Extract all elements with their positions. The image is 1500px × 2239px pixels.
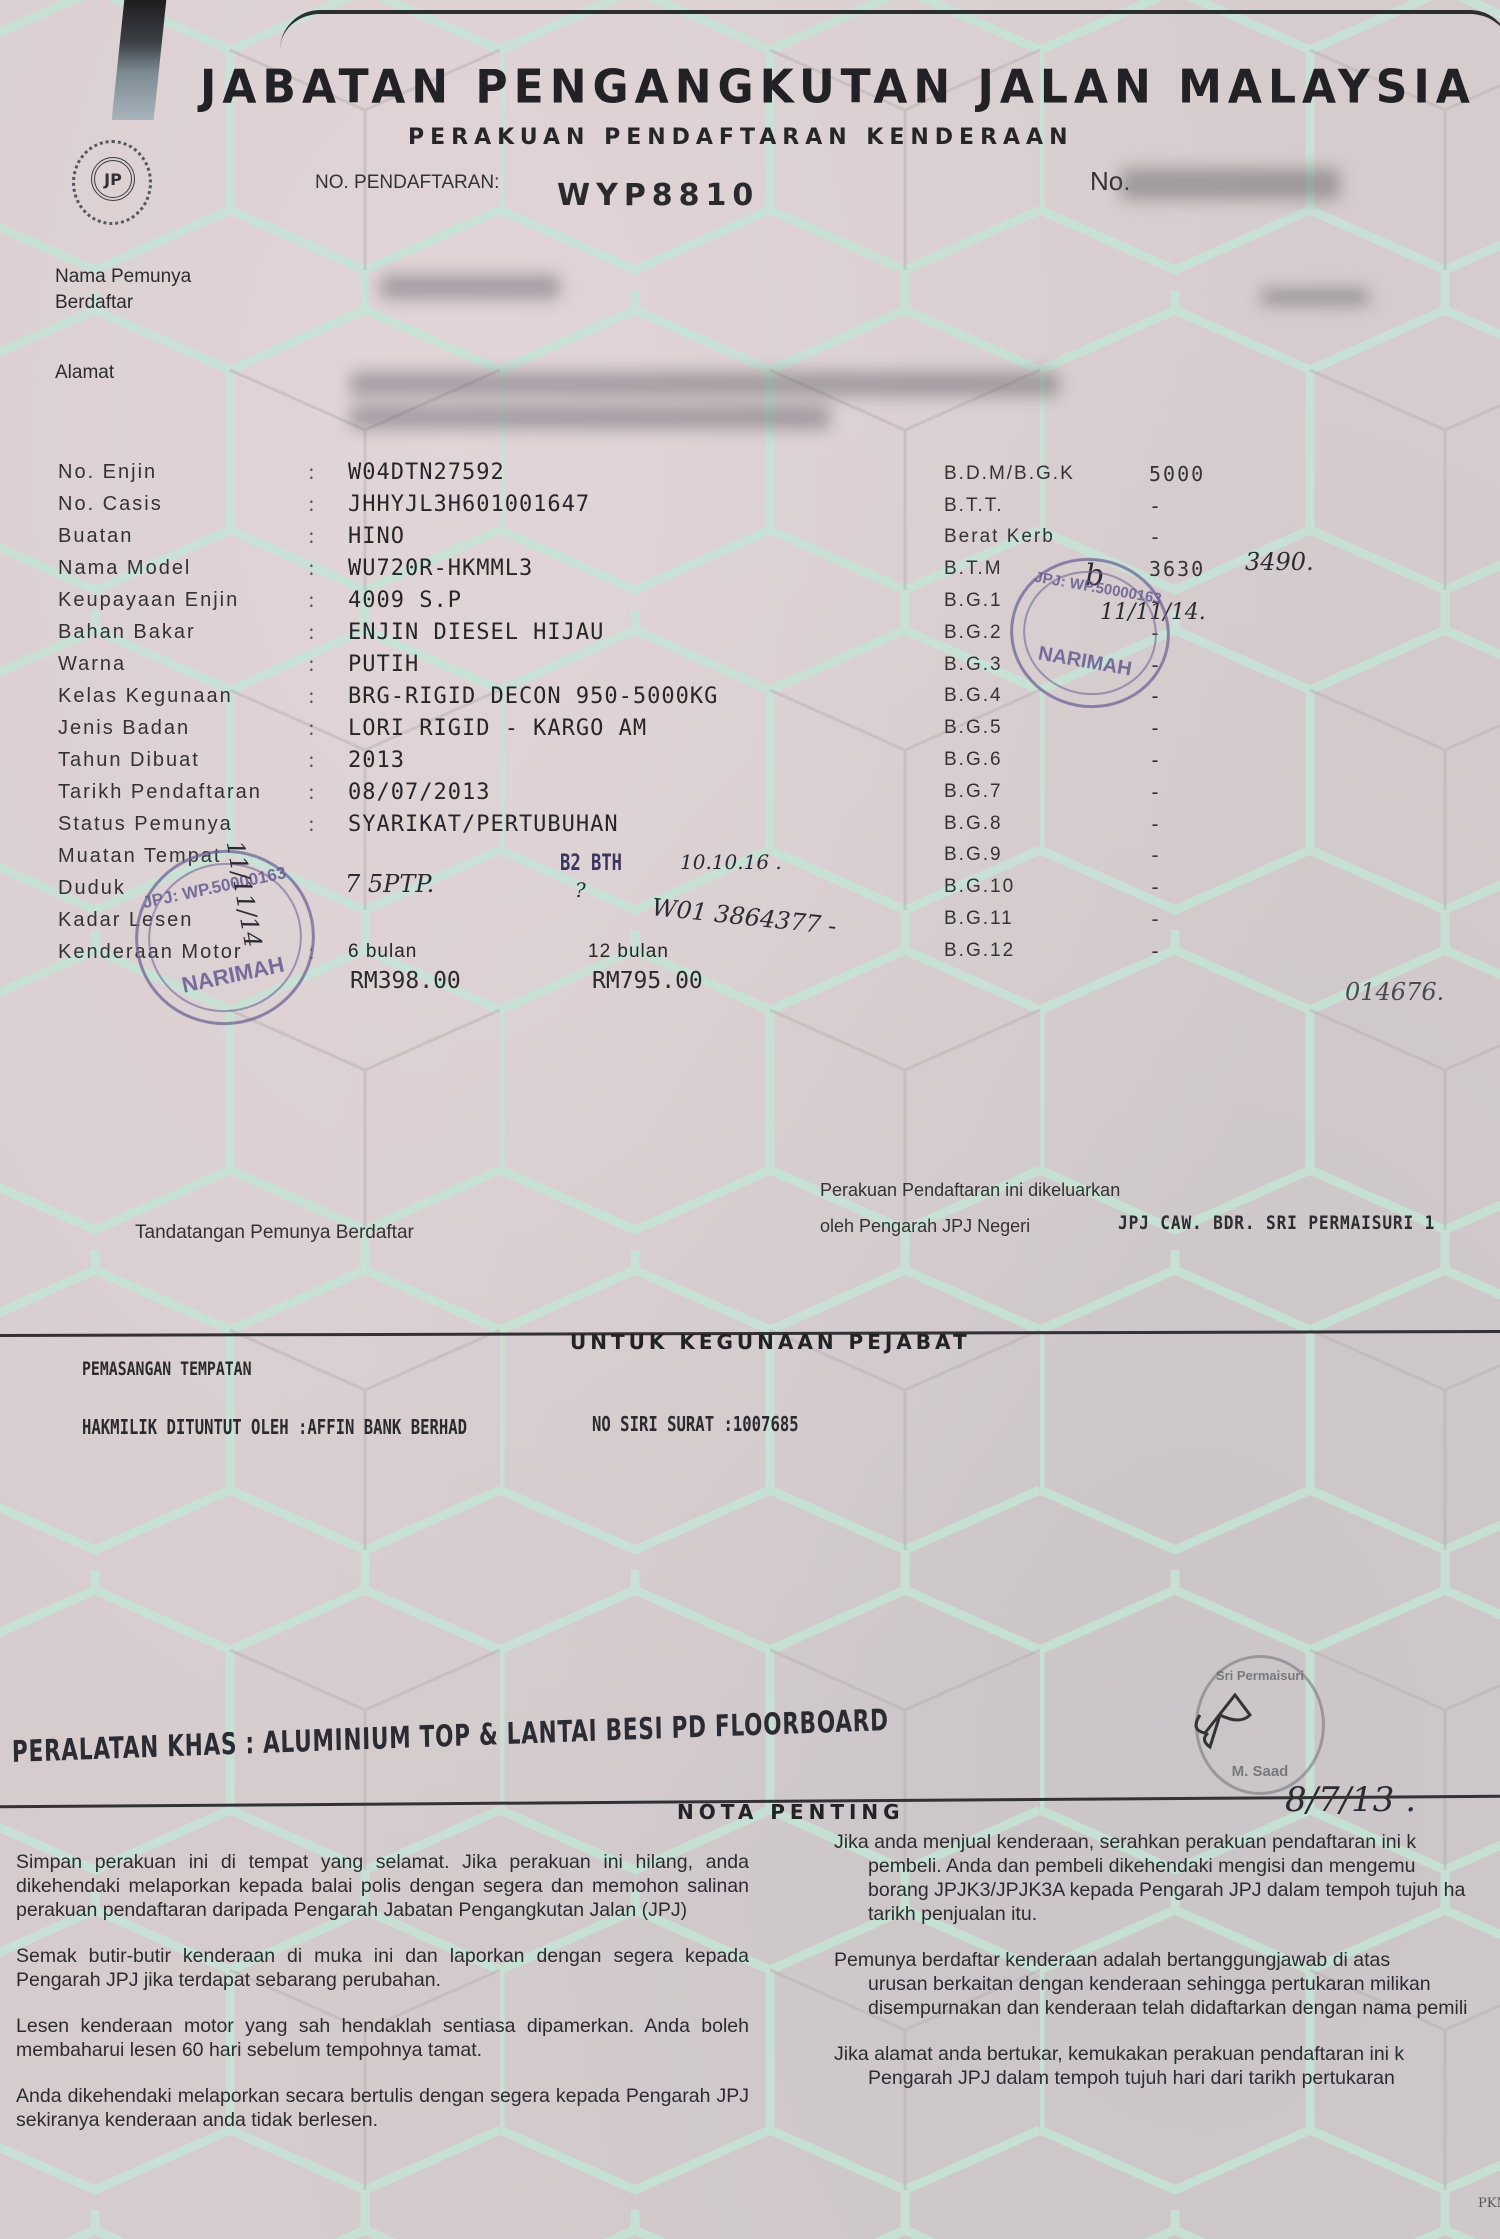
detail-label: Jenis Badan: [58, 717, 308, 740]
separator: :: [308, 684, 348, 708]
owner-signature-label: Tandatangan Pemunya Berdaftar: [135, 1222, 414, 1244]
weight-value: -: [1149, 494, 1163, 518]
weight-label: B.G.8: [944, 813, 1149, 835]
detail-value: HINO: [348, 524, 405, 549]
note-number: 5: [800, 1830, 834, 1854]
important-notes-title: NOTA PENTING: [677, 1800, 905, 1824]
note-line: Jika anda menjual kenderaan, serahkan pe…: [834, 1831, 1416, 1853]
stamp-name: M. Saad: [1198, 1763, 1322, 1780]
separator: :: [308, 652, 348, 676]
note-line: urusan berkaitan dengan kenderaan sehing…: [834, 1972, 1500, 1996]
separator: :: [308, 556, 348, 580]
btm-correction-handwritten: 3490.: [1245, 548, 1314, 576]
detail-value: BRG-RIGID DECON 950-5000KG: [348, 684, 718, 709]
detail-value: 4009 S.P: [348, 588, 462, 613]
weight-label: B.G.12: [944, 940, 1149, 962]
jpj-emblem-icon: JP: [72, 140, 152, 225]
note-item-6: 6Pemunya berdaftar kenderaan adalah bert…: [800, 1948, 1500, 2020]
address-label: Alamat: [55, 360, 114, 386]
detail-label: No. Enjin: [58, 461, 308, 484]
detail-label: Nama Model: [58, 557, 308, 580]
note-item: Semak butir-butir kenderaan di muka ini …: [16, 1944, 749, 1992]
signature-date-handwritten: 8/7/13 .: [1285, 1780, 1416, 1820]
weight-row: B.G.5-: [944, 712, 1244, 744]
weight-label: B.G.11: [944, 908, 1149, 930]
detail-row-fuel: Bahan Bakar:ENJIN DIESEL HIJAU: [58, 616, 938, 648]
detail-value: ENJIN DIESEL HIJAU: [348, 620, 604, 645]
weight-row: Berat Kerb-: [944, 522, 1244, 554]
officer-signature-icon: [1190, 1685, 1260, 1755]
important-notes-right: 5Jika anda menjual kenderaan, serahkan p…: [800, 1830, 1500, 2112]
b2-mark-handwritten: ?: [575, 878, 586, 902]
top-border-line: [280, 10, 1500, 50]
detail-row-usage-class: Kelas Kegunaan:BRG-RIGID DECON 950-5000K…: [58, 680, 938, 712]
detail-label: Kelas Kegunaan: [58, 685, 308, 708]
separator: :: [308, 460, 348, 484]
weight-value: -: [1149, 684, 1163, 708]
weight-label: Berat Kerb: [944, 526, 1149, 548]
separator: :: [308, 588, 348, 612]
weight-label: B.G.10: [944, 876, 1149, 898]
detail-row-registration-date: Tarikh Pendaftaran:08/07/2013: [58, 776, 938, 808]
weight-label: B.G.9: [944, 844, 1149, 866]
detail-label: Status Pemunya: [58, 813, 308, 836]
detail-row-body-type: Jenis Badan:LORI RIGID - KARGO AM: [58, 712, 938, 744]
detail-label: No. Casis: [58, 493, 308, 516]
note-number: 6: [800, 1948, 834, 1972]
b2-date-handwritten: 10.10.16 .: [680, 850, 782, 874]
weight-row: B.G.7-: [944, 776, 1244, 808]
note-line: disempurnakan dan kenderaan telah didaft…: [834, 1996, 1500, 2020]
weight-label: B.G.6: [944, 749, 1149, 771]
weight-row: B.G.12-: [944, 935, 1244, 967]
note-number: 7: [800, 2042, 834, 2066]
stamp-code: Sri Permaisuri: [1198, 1668, 1322, 1683]
note-line: Pemunya berdaftar kenderaan adalah berta…: [834, 1949, 1390, 1971]
weight-value: -: [1149, 812, 1163, 836]
redacted-owner-name-right: [1260, 288, 1370, 306]
weight-value: 5000: [1149, 462, 1205, 486]
issuing-office: JPJ CAW. BDR. SRI PERMAISURI 1: [1118, 1212, 1435, 1234]
local-installation-label: PEMASANGAN TEMPATAN: [82, 1358, 252, 1380]
weight-label: B.T.T.: [944, 495, 1149, 517]
detail-row-engine-capacity: Keupayaan Enjin:4009 S.P: [58, 584, 938, 616]
separator: :: [308, 748, 348, 772]
emblem-core-icon: JP: [91, 157, 135, 201]
redacted-certificate-number: [1120, 168, 1340, 200]
b2-endorsement: B2 BTH: [560, 851, 622, 876]
weight-row: B.G.6-: [944, 744, 1244, 776]
weight-value: 3630: [1149, 557, 1205, 581]
weight-label: B.D.M/B.G.K: [944, 463, 1149, 485]
document-title: PERAKUAN PENDAFTARAN KENDERAAN: [408, 125, 1074, 150]
weight-value: -: [1149, 716, 1163, 740]
weight-row: B.T.T.-: [944, 490, 1244, 522]
separator: :: [308, 524, 348, 548]
separator: :: [308, 620, 348, 644]
redacted-address-line1: [350, 372, 1060, 396]
detail-value: W04DTN27592: [348, 460, 505, 485]
separator: :: [308, 780, 348, 804]
detail-value: 08/07/2013: [348, 780, 490, 805]
weight-label: B.G.7: [944, 781, 1149, 803]
detail-value: PUTIH: [348, 652, 419, 677]
note-line: Jika alamat anda bertukar, kemukakan per…: [834, 2043, 1404, 2065]
detail-label: Keupayaan Enjin: [58, 589, 308, 612]
detail-label: Warna: [58, 653, 308, 676]
detail-value: 2013: [348, 748, 405, 773]
detail-row-engine-no: No. Enjin:W04DTN27592: [58, 456, 938, 488]
detail-value: WU720R-HKMML3: [348, 556, 533, 581]
weight-row: B.G.10-: [944, 871, 1244, 903]
separator: :: [308, 716, 348, 740]
issued-by-line2: oleh Pengarah JPJ Negeri: [820, 1216, 1030, 1237]
detail-label: Tahun Dibuat: [58, 749, 308, 772]
weight-value: -: [1149, 875, 1163, 899]
office-use-title: UNTUK KEGUNAAN PEJABAT: [570, 1330, 971, 1354]
detail-row-make: Buatan:HINO: [58, 520, 938, 552]
redacted-owner-name: [380, 275, 560, 299]
weight-value: -: [1149, 939, 1163, 963]
note-item: Lesen kenderaan motor yang sah hendaklah…: [16, 2014, 749, 2062]
detail-row-model: Nama Model:WU720R-HKMML3: [58, 552, 938, 584]
weights-list: B.D.M/B.G.K5000 B.T.T.- Berat Kerb- B.T.…: [944, 458, 1244, 967]
tape-strip: [112, 0, 167, 120]
detail-label: Tarikh Pendaftaran: [58, 781, 308, 804]
note-item: Anda dikehendaki melaporkan secara bertu…: [16, 2084, 749, 2132]
issued-by-line1: Perakuan Pendaftaran ini dikeluarkan: [820, 1180, 1120, 1201]
weight-row: B.D.M/B.G.K5000: [944, 458, 1244, 490]
weight-value: -: [1149, 843, 1163, 867]
redacted-address-line2: [350, 405, 830, 429]
note-line: Pengarah JPJ dalam tempoh tujuh hari dar…: [834, 2066, 1500, 2090]
owner-name-label-line2: Berdaftar: [55, 290, 191, 316]
weight-row: B.G.8-: [944, 808, 1244, 840]
twelve-month-rate: RM795.00: [592, 968, 703, 994]
note-line: tarikh penjualan itu.: [834, 1902, 1500, 1926]
note-item: Simpan perakuan ini di tempat yang selam…: [16, 1850, 749, 1922]
detail-row-chassis-no: No. Casis:JHHYJL3H601001647: [58, 488, 938, 520]
weight-row: B.G.11-: [944, 903, 1244, 935]
separator: :: [308, 812, 348, 836]
weight-value: -: [1149, 748, 1163, 772]
detail-value: JHHYJL3H601001647: [348, 492, 590, 517]
weight-value: -: [1149, 780, 1163, 804]
note-line: borang JPJK3/JPJK3A kepada Pengarah JPJ …: [834, 1878, 1500, 1902]
six-month-rate: RM398.00: [350, 968, 461, 994]
registration-certificate: JP JABATAN PENGANGKUTAN JALAN MALAYSIA P…: [0, 0, 1500, 2239]
equipment-note-handwritten: PERALATAN KHAS : ALUMINIUM TOP & LANTAI …: [12, 1703, 889, 1770]
weight-label: B.G.5: [944, 717, 1149, 739]
detail-value: LORI RIGID - KARGO AM: [348, 716, 647, 741]
twelve-month-label: 12 bulan: [588, 941, 669, 963]
detail-row-owner-status: Status Pemunya:SYARIKAT/PERTUBUHAN: [58, 808, 938, 840]
important-notes-left: Simpan perakuan ini di tempat yang selam…: [16, 1850, 749, 2154]
weight-row: B.G.9-: [944, 840, 1244, 872]
owner-name-label-line1: Nama Pemunya: [55, 264, 191, 290]
registration-number-value: WYP8810: [557, 178, 759, 213]
seating-note-handwritten: 7 5PTP.: [345, 870, 434, 898]
weight-value: -: [1149, 525, 1163, 549]
ownership-claim: HAKMILIK DITUNTUT OLEH :AFFIN BANK BERHA…: [82, 1415, 467, 1439]
detail-value: SYARIKAT/PERTUBUHAN: [348, 812, 619, 837]
owner-name-label: Nama Pemunya Berdaftar: [55, 264, 191, 316]
registration-number-label: NO. PENDAFTARAN:: [315, 172, 499, 194]
note-item-7: 7Jika alamat anda bertukar, kemukakan pe…: [800, 2042, 1500, 2090]
note-item-5: 5Jika anda menjual kenderaan, serahkan p…: [800, 1830, 1500, 1926]
form-code: PKN: [1478, 2196, 1500, 2211]
side-number-handwritten: 014676.: [1345, 978, 1444, 1006]
note-line: pembeli. Anda dan pembeli dikehendaki me…: [834, 1854, 1500, 1878]
detail-label: Bahan Bakar: [58, 621, 308, 644]
letter-serial-number: NO SIRI SURAT :1007685: [592, 1412, 799, 1436]
department-title: JABATAN PENGANGKUTAN JALAN MALAYSIA: [200, 61, 1340, 115]
weight-value: -: [1149, 907, 1163, 931]
detail-row-colour: Warna:PUTIH: [58, 648, 938, 680]
six-month-label: 6 bulan: [348, 941, 588, 963]
detail-label: Buatan: [58, 525, 308, 548]
separator: :: [308, 492, 348, 516]
detail-row-year: Tahun Dibuat:2013: [58, 744, 938, 776]
